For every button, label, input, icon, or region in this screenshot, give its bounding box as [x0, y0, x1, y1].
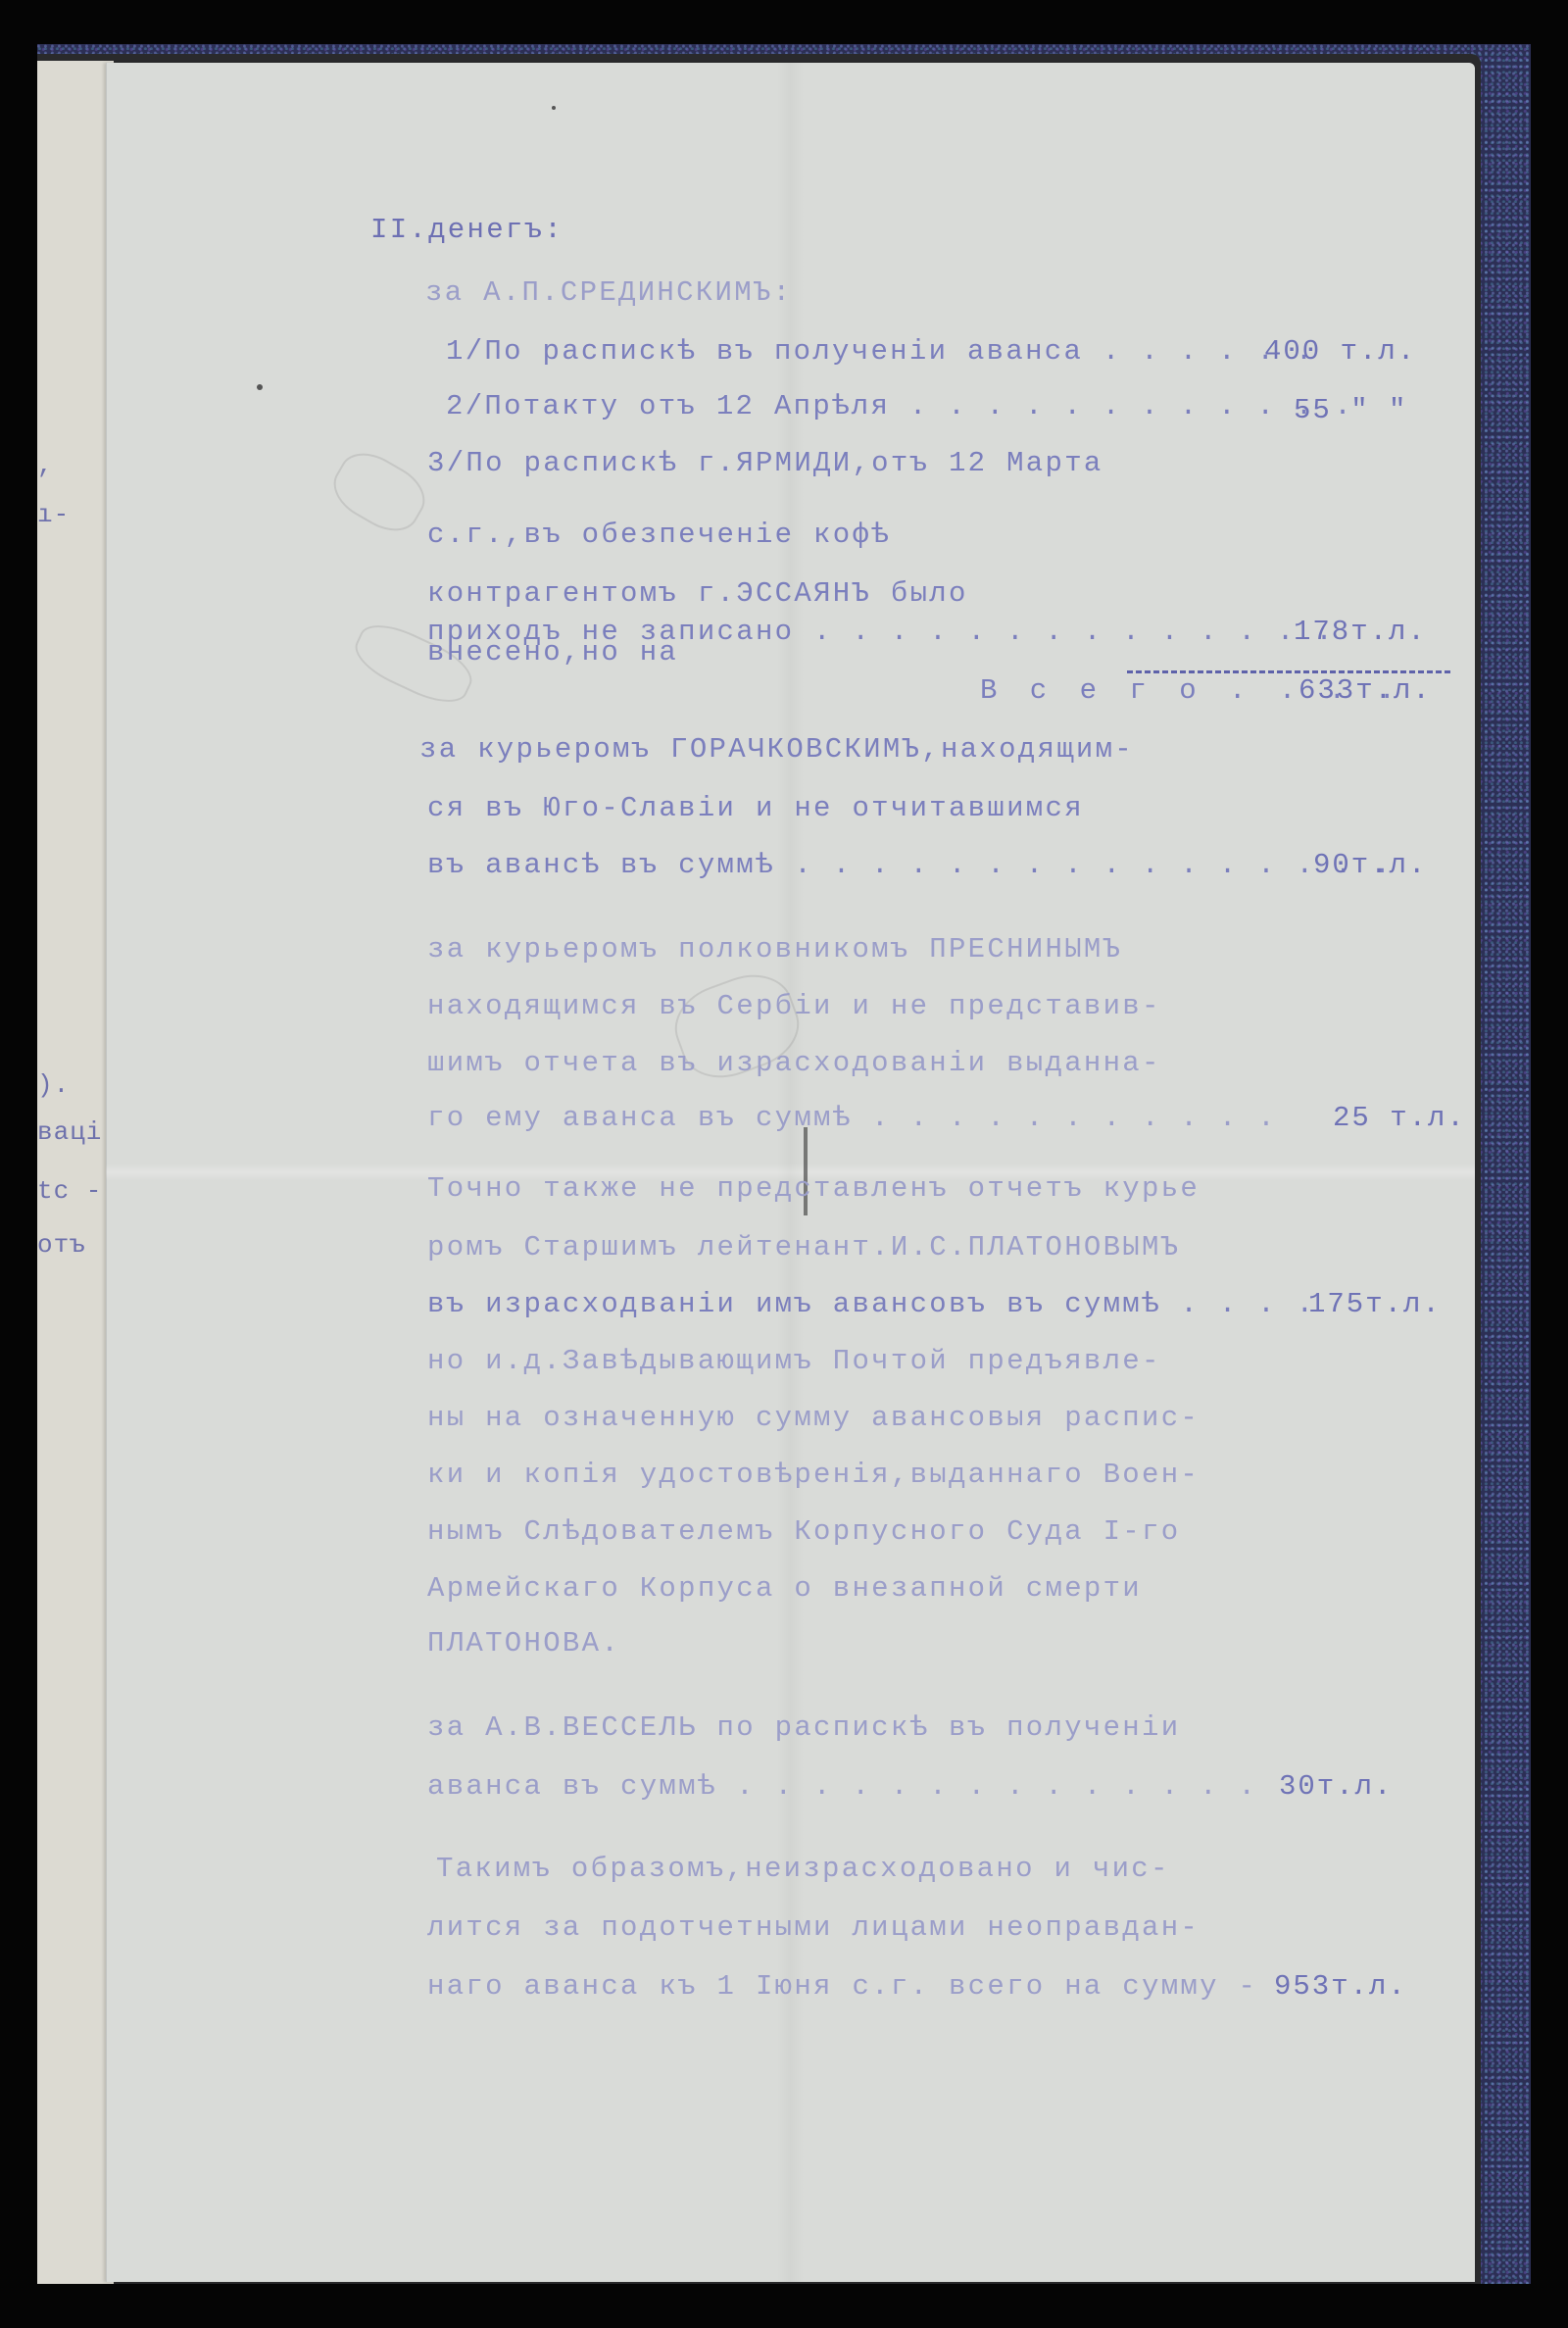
paragraph-line: за курьеромъ ГОРАЧКОВСКИМЪ,находящим-: [419, 733, 1134, 766]
paragraph-line: за курьеромъ полковникомъ ПРЕСНИНЫМЪ: [427, 933, 1122, 966]
line-item-amount: 400 т.л.: [1264, 335, 1416, 368]
line-item-amount: 55 " ": [1294, 394, 1407, 426]
summary-line: Такимъ образомъ,неизрасходовано и чис-: [436, 1853, 1170, 1885]
paragraph-line: Точно также не представленъ отчетъ курье: [427, 1172, 1200, 1205]
paragraph-line: го ему аванса въ суммѣ . . . . . . . . .…: [427, 1102, 1277, 1134]
paragraph-line: ромъ Старшимъ лейтенант.И.С.ПЛАТОНОВЫМЪ: [427, 1231, 1180, 1263]
block-header: за А.П.СРЕДИНСКИМЪ:: [425, 276, 792, 309]
summary-line: наго аванса къ 1 Іюня с.г. всего на сумм…: [427, 1970, 1257, 2003]
paragraph-line: нымъ Слѣдователемъ Корпусного Суда I-го: [427, 1515, 1180, 1548]
paragraph-line: но и.д.Завѣдывающимъ Почтой предъявле-: [427, 1345, 1161, 1377]
ink-speck: [257, 384, 263, 390]
section-heading: II.денегъ:: [370, 214, 563, 246]
paragraph-line: ны на означенную сумму авансовыя распис-: [427, 1402, 1200, 1434]
ink-speck: [552, 106, 556, 110]
paragraph-line: ся въ Юго-Славіи и не отчитавшимся: [427, 792, 1084, 824]
line-item-amount: 25 т.л.: [1333, 1102, 1466, 1134]
margin-fragment: ваці: [37, 1117, 102, 1147]
total-amount: 633т.л.: [1298, 674, 1432, 707]
line-item-text: 1/По распискѣ въ полученіи аванса . . . …: [446, 335, 1315, 368]
paragraph-line: находящимся въ Сербіи и не представив-: [427, 990, 1161, 1022]
paragraph-line: шимъ отчета въ израсходованіи выданна-: [427, 1047, 1161, 1079]
margin-fragment: отъ: [37, 1230, 86, 1260]
paragraph-line: Армейскаго Корпуса о внезапной смерти: [427, 1572, 1142, 1605]
page-edge-line: [106, 63, 107, 2282]
line-item-amount: 175т.л.: [1308, 1288, 1442, 1320]
paragraph-line: аванса въ суммѣ . . . . . . . . . . . . …: [427, 1770, 1257, 1803]
total-underline: [1127, 670, 1450, 673]
summary-line: лится за подотчетными лицами неоправдан-: [427, 1911, 1200, 1944]
margin-fragment: tc -: [37, 1176, 102, 1206]
line-item-text: приходъ не записано . . . . . . . . . . …: [427, 616, 1335, 648]
paragraph-line: ки и копія удостовѣренія,выданнаго Воен-: [427, 1459, 1200, 1491]
paragraph-line: въ авансѣ въ суммѣ . . . . . . . . . . .…: [427, 849, 1393, 881]
line-item-text: 3/По распискѣ г.ЯРМИДИ,отъ 12 Марта: [427, 447, 1103, 479]
margin-fragment: ).: [37, 1070, 70, 1100]
margin-fragment: ,: [37, 451, 54, 480]
underlying-page-strip: [37, 61, 114, 2284]
line-item-text: 2/Потакту отъ 12 Апрѣля . . . . . . . . …: [446, 390, 1353, 422]
margin-fragment: ı-: [37, 500, 70, 529]
line-item-amount: 30т.л.: [1279, 1770, 1393, 1803]
line-item-amount: 90т.л.: [1313, 849, 1427, 881]
summary-amount: 953т.л.: [1274, 1970, 1407, 2003]
paragraph-line: за А.В.ВЕССЕЛЬ по распискѣ въ полученіи: [427, 1711, 1180, 1744]
line-item-text: с.г.,въ обезпеченіе кофѣ контрагентомъ г…: [427, 506, 1045, 682]
line-item-amount: 178т.л.: [1294, 616, 1427, 648]
paragraph-line: въ израсходваніи имъ авансовъ въ суммѣ .…: [427, 1288, 1315, 1320]
paragraph-line: ПЛАТОНОВА.: [427, 1627, 620, 1659]
